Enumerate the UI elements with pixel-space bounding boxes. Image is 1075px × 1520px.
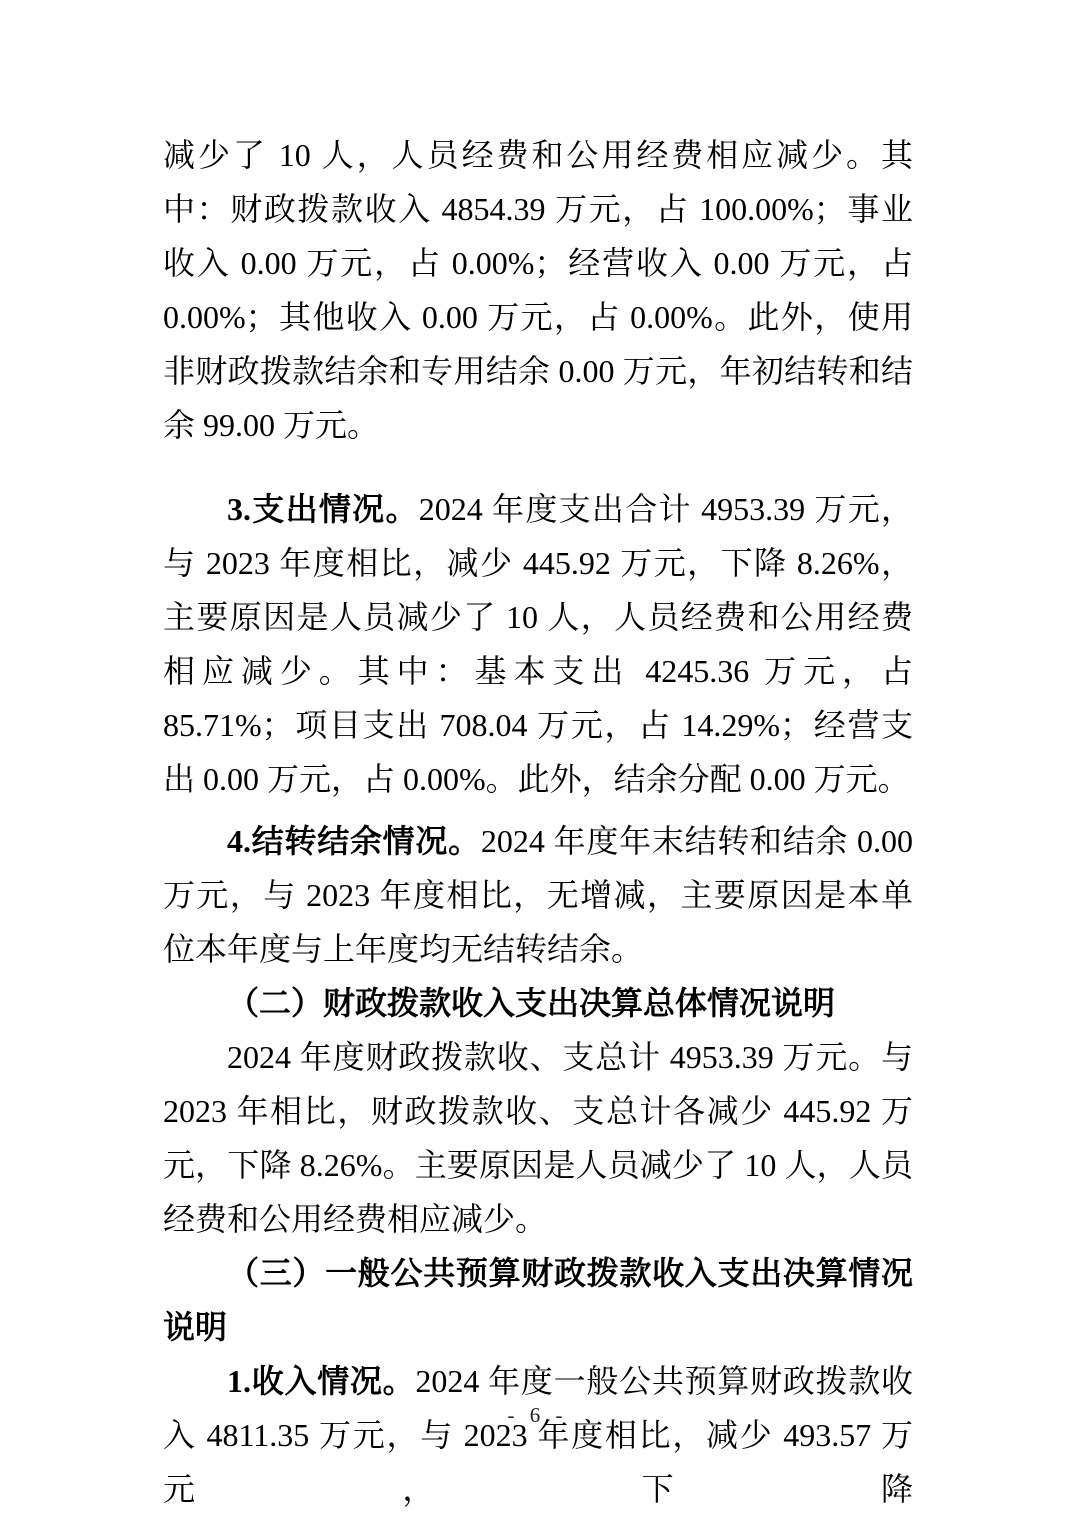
section-heading: （二）财政拨款收入支出决算总体情况说明 bbox=[163, 976, 913, 1030]
paragraph: 2024 年度财政拨款收、支总计 4953.39 万元。与 2023 年相比，财… bbox=[163, 1030, 913, 1246]
bold-text-run: 3.支出情况。 bbox=[227, 491, 419, 527]
section-heading: （三）一般公共预算财政拨款收入支出决算情况说明 bbox=[163, 1246, 913, 1354]
bold-text-run: 1.收入情况。 bbox=[227, 1363, 415, 1399]
text-run: 2024 年度财政拨款收、支总计 4953.39 万元。与 2023 年相比，财… bbox=[163, 1039, 913, 1237]
bold-text-run: （三）一般公共预算财政拨款收入支出决算情况说明 bbox=[163, 1255, 913, 1345]
paragraph: 4.结转结余情况。2024 年度年末结转和结余 0.00 万元，与 2023 年… bbox=[163, 814, 913, 976]
bold-text-run: 4.结转结余情况。 bbox=[227, 823, 481, 859]
bold-text-run: （二）财政拨款收入支出决算总体情况说明 bbox=[227, 985, 835, 1021]
paragraph: 1.收入情况。2024 年度一般公共预算财政拨款收入 4811.35 万元，与 … bbox=[163, 1354, 913, 1516]
paragraph: 3.支出情况。2024 年度支出合计 4953.39 万元，与 2023 年度相… bbox=[163, 482, 913, 806]
text-run: 减少了 10 人，人员经费和公用经费相应减少。其中：财政拨款收入 4854.39… bbox=[163, 137, 913, 443]
document-body: 减少了 10 人，人员经费和公用经费相应减少。其中：财政拨款收入 4854.39… bbox=[163, 128, 913, 1516]
document-page: 减少了 10 人，人员经费和公用经费相应减少。其中：财政拨款收入 4854.39… bbox=[0, 0, 1075, 1520]
text-run: 2024 年度支出合计 4953.39 万元，与 2023 年度相比，减少 44… bbox=[163, 491, 913, 797]
page-footer: - 6 - bbox=[0, 1402, 1075, 1428]
paragraph: 减少了 10 人，人员经费和公用经费相应减少。其中：财政拨款收入 4854.39… bbox=[163, 128, 913, 452]
page-number: - 6 - bbox=[508, 1403, 568, 1427]
